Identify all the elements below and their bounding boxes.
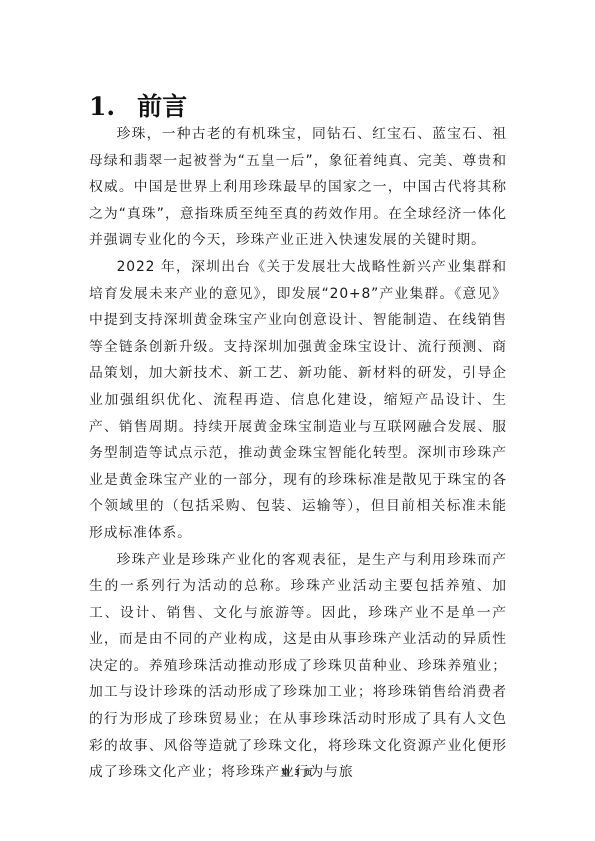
section-number: 1. [89, 92, 115, 121]
document-page: 1.前言 珍珠，一种古老的有机珠宝，同钻石、红宝石、蓝宝石、祖母绿和翡翠一起被誉… [0, 0, 595, 841]
paragraph-industry: 珍珠产业是珍珠产业化的客观表征，是生产与利用珍珠而产生的一系列行为活动的总称。珍… [89, 547, 507, 786]
body-text: 珍珠，一种古老的有机珠宝，同钻石、红宝石、蓝宝石、祖母绿和翡翠一起被誉为“五皇一… [89, 121, 507, 786]
section-heading: 1.前言 [89, 91, 187, 123]
section-title: 前言 [137, 92, 187, 121]
paragraph-policy: 2022 年，深圳出台《关于发展壮大战略性新兴产业集群和培育发展未来产业的意见》… [89, 254, 507, 547]
page-number-footer: 第 3 页 [0, 767, 595, 779]
paragraph-intro: 珍珠，一种古老的有机珠宝，同钻石、红宝石、蓝宝石、祖母绿和翡翠一起被誉为“五皇一… [89, 121, 507, 254]
